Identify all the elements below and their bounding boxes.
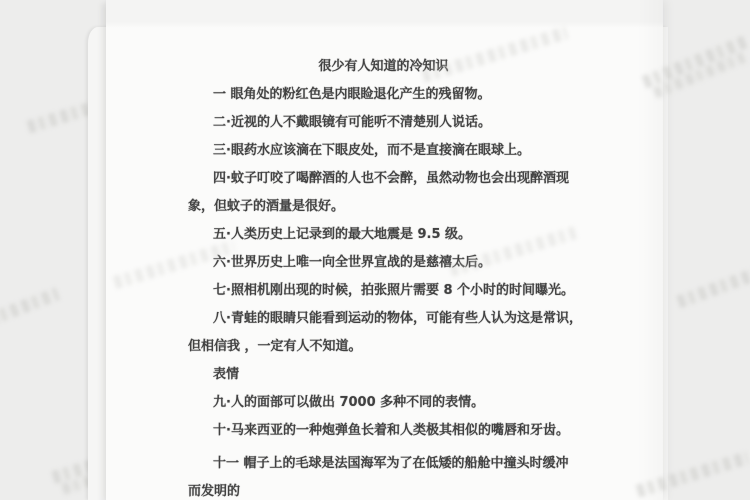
text-line: 五·人类历史上记录到的最大地震是 9.5 级。	[188, 221, 633, 249]
text-line: 四·蚊子叮咬了喝醉酒的人也不会醉，虽然动物也会出现醉酒现	[188, 165, 633, 193]
document-body: 很少有人知道的冷知识 一 眼角处的粉红色是内眼睑退化产生的残留物。二·近视的人不…	[188, 53, 633, 500]
watermark-smudge	[0, 288, 60, 326]
text-line: 而发明的	[188, 478, 633, 500]
text-line: 六·世界历史上唯一向全世界宣战的是慈禧太后。	[188, 249, 633, 277]
text-line: 七·照相机刚出现的时候，拍张照片需要 8 个小时的时间曝光。	[188, 277, 633, 305]
watermark-smudge	[676, 269, 750, 309]
text-line: 象，但蚊子的酒量是很好。	[188, 193, 633, 221]
text-line: 三·眼药水应该滴在下眼皮处，而不是直接滴在眼球上。	[188, 137, 633, 165]
text-line: 一 眼角处的粉红色是内眼睑退化产生的残留物。	[188, 81, 633, 109]
document-page: 很少有人知道的冷知识 一 眼角处的粉红色是内眼睑退化产生的残留物。二·近视的人不…	[106, 0, 663, 500]
text-line: 八·青蛙的眼睛只能看到运动的物体，可能有些人认为这是常识，	[188, 305, 633, 333]
text-line: 表情	[188, 361, 633, 389]
text-line: 但相信我 ，一定有人不知道。	[188, 333, 633, 361]
text-line: 九·人的面部可以做出 7000 多种不同的表情。	[188, 389, 633, 417]
document-title: 很少有人知道的冷知识	[188, 53, 579, 81]
text-line: 二·近视的人不戴眼镜有可能听不清楚别人说话。	[188, 109, 633, 137]
text-line: 十一 帽子上的毛球是法国海军为了在低矮的船舱中撞头时缓冲	[188, 450, 633, 478]
text-line: 十·马来西亚的一种炮弹鱼长着和人类极其相似的嘴唇和牙齿。	[188, 417, 633, 445]
document-canvas: { "page": { "title": "很少有人知道的冷知识", "line…	[0, 0, 750, 500]
